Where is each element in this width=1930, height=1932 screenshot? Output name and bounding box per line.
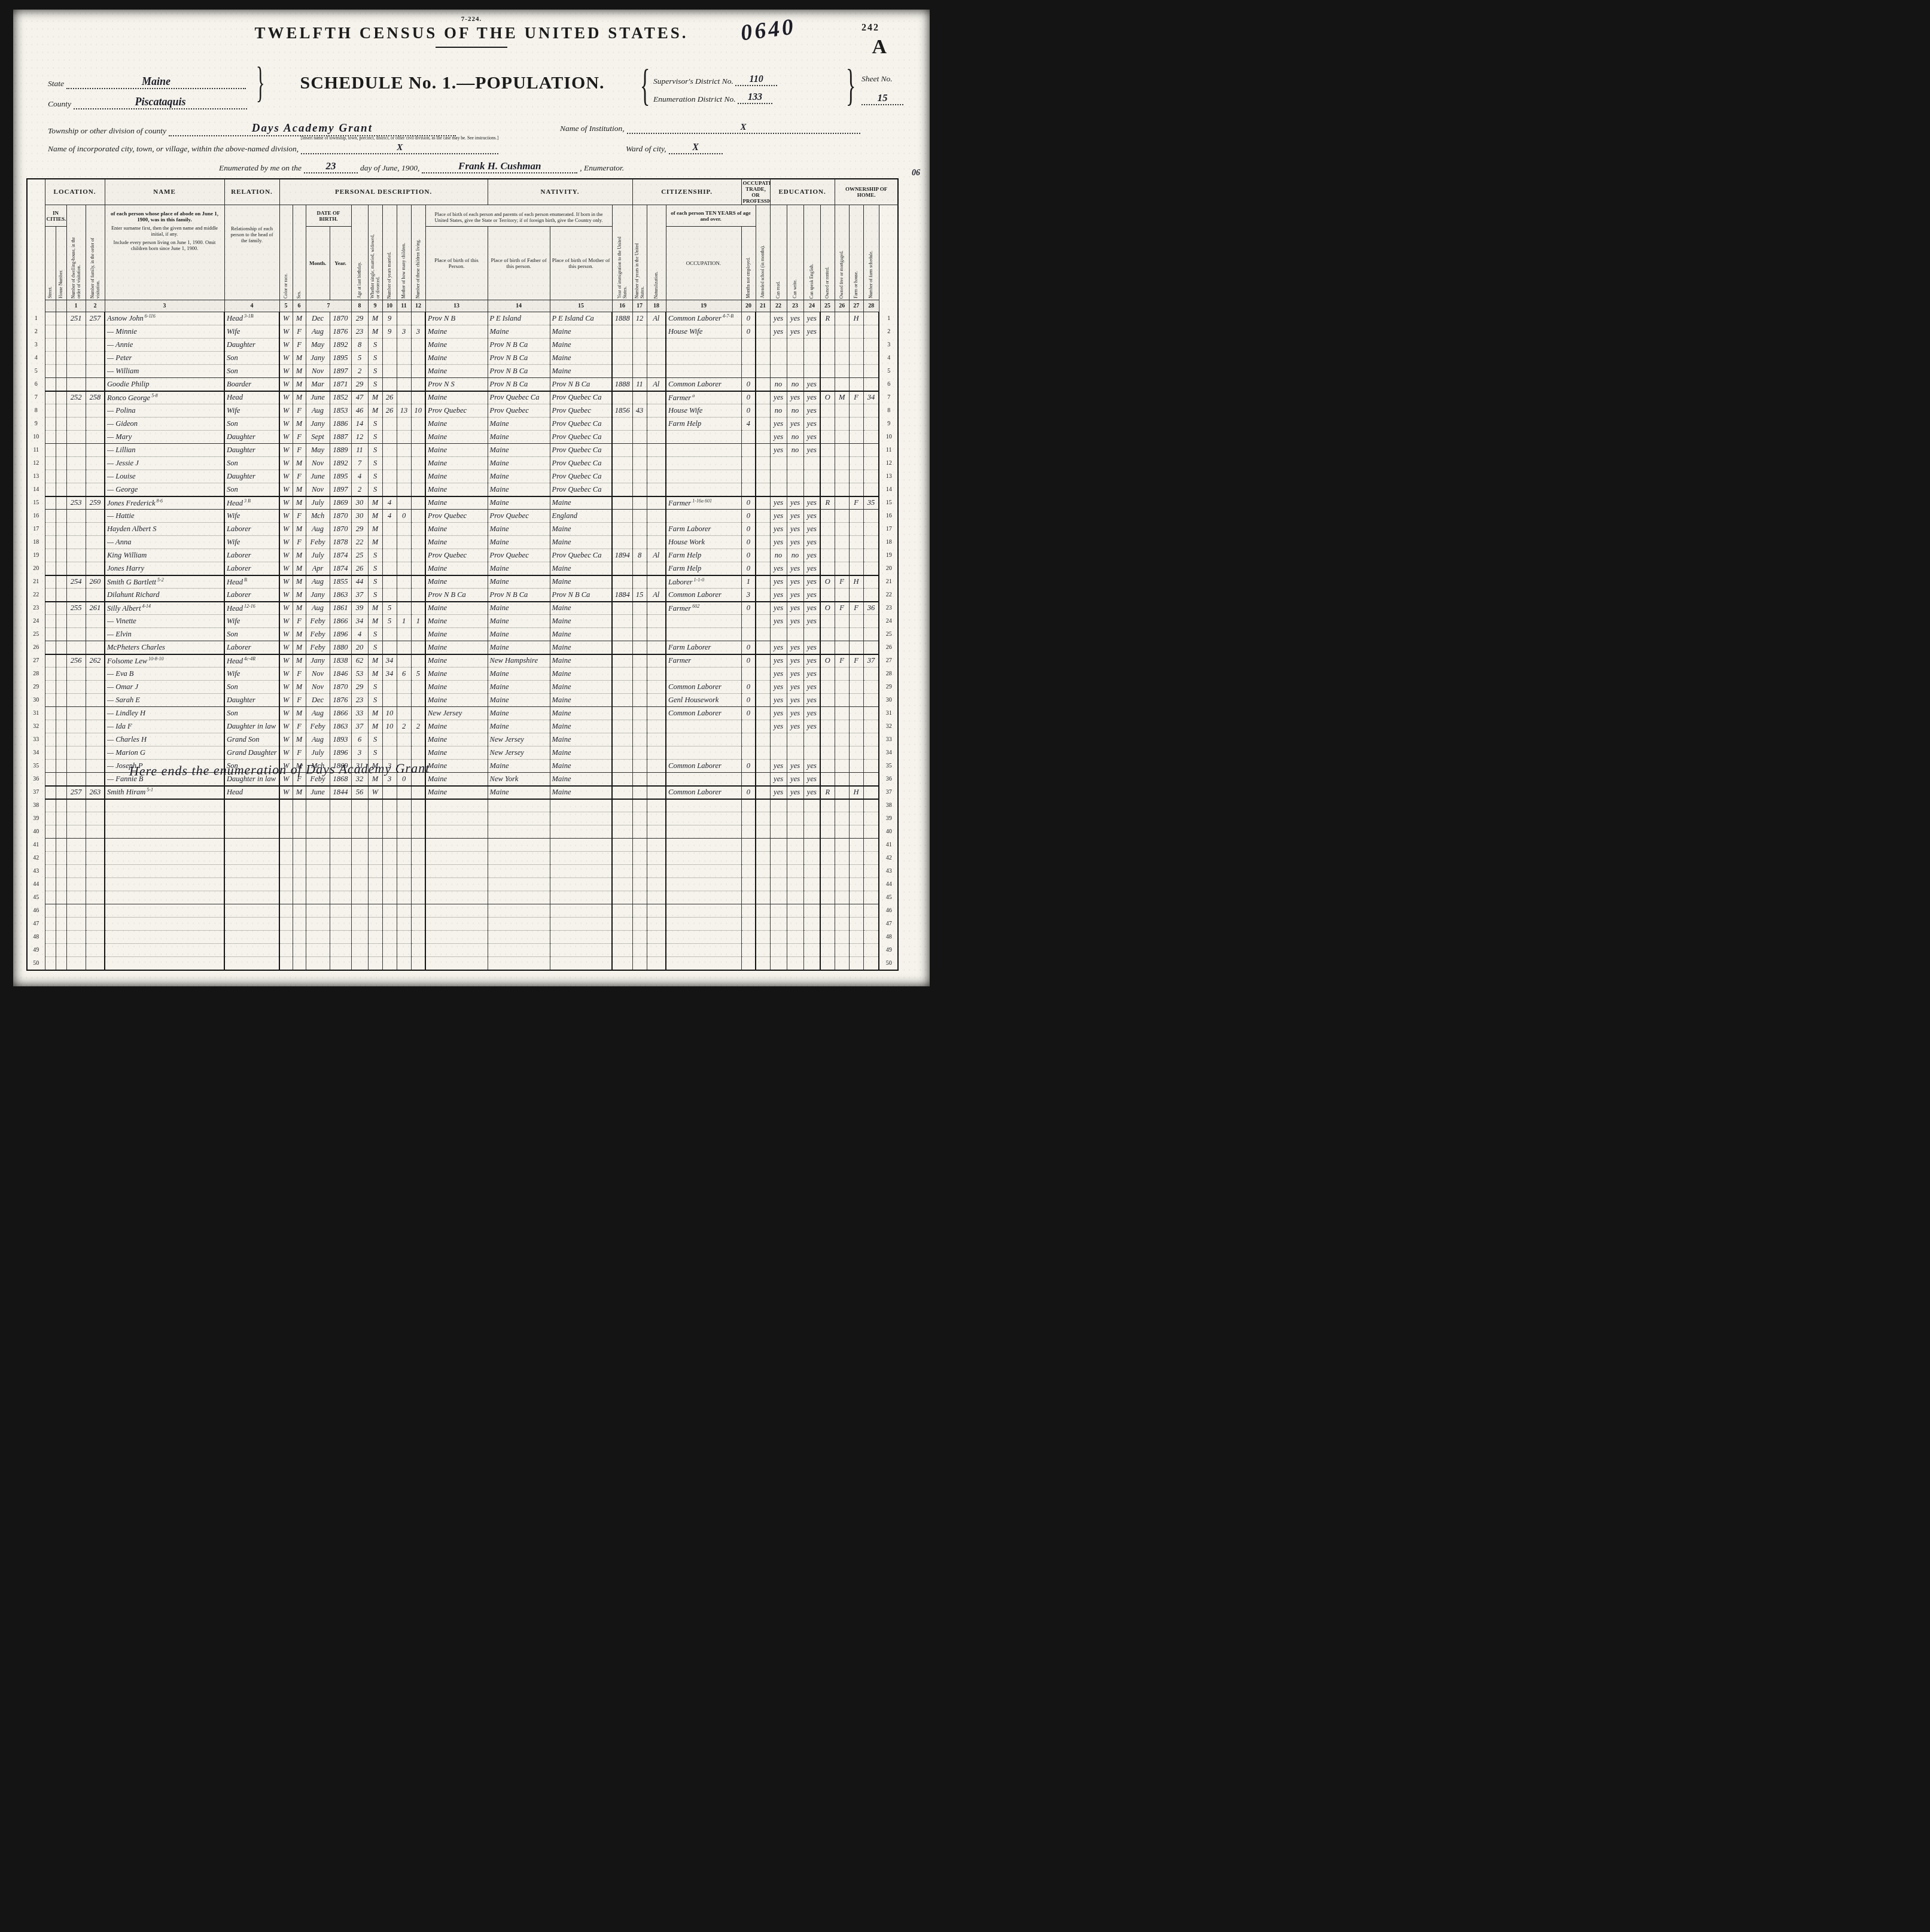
months-not-employed: 0	[741, 536, 756, 549]
row-number: 25	[27, 628, 45, 641]
months-not-employed	[741, 457, 756, 470]
occupation: Common Laborer	[666, 589, 741, 602]
months-not-employed: 0	[741, 562, 756, 575]
row-number-right: 37	[879, 786, 898, 799]
owned-free-mortgaged	[835, 431, 849, 444]
mother-of-children	[397, 786, 411, 799]
farm-schedule-number	[863, 931, 879, 944]
enumerator-signature: Frank H. Cushman	[458, 160, 541, 172]
can-speak-english: yes	[803, 615, 820, 628]
birthplace-mother: Prov Quebec Ca	[550, 457, 612, 470]
dwelling-number	[66, 549, 86, 562]
birth-month	[306, 839, 330, 852]
street	[45, 536, 56, 549]
attended-school	[756, 378, 770, 391]
can-speak-english: yes	[803, 641, 820, 654]
immigration-year: 1856	[612, 404, 632, 418]
mother-of-children: 1	[397, 615, 411, 628]
children-living	[411, 891, 425, 904]
house-number	[56, 825, 66, 839]
years-married	[382, 733, 397, 746]
can-speak-english: yes	[803, 786, 820, 799]
years-in-us	[632, 825, 647, 839]
can-speak-english	[803, 904, 820, 918]
age: 29	[351, 681, 368, 694]
farm-or-house	[849, 694, 863, 707]
children-living	[411, 786, 425, 799]
dwelling-number	[66, 470, 86, 483]
row-number: 20	[27, 562, 45, 575]
house-number	[56, 904, 66, 918]
marital-status: M	[368, 510, 382, 523]
marital-status	[368, 865, 382, 878]
farm-or-house	[849, 444, 863, 457]
can-speak-english: yes	[803, 496, 820, 510]
header-free-mortgaged: Owned free or mortgaged.	[835, 205, 849, 300]
family-number: 259	[86, 496, 105, 510]
naturalization	[647, 483, 666, 496]
relation: Daughter	[224, 444, 279, 457]
mother-of-children	[397, 654, 411, 668]
years-married	[382, 365, 397, 378]
sex: F	[293, 746, 306, 760]
owned-rented	[820, 931, 835, 944]
mother-of-children	[397, 562, 411, 575]
row-number: 7	[27, 391, 45, 404]
farm-or-house	[849, 839, 863, 852]
occupation	[666, 746, 741, 760]
years-married	[382, 418, 397, 431]
age: 23	[351, 694, 368, 707]
sex: M	[293, 628, 306, 641]
children-living	[411, 825, 425, 839]
owned-rented	[820, 918, 835, 931]
dwelling-number: 257	[66, 786, 86, 799]
dwelling-number	[66, 733, 86, 746]
birthplace-person	[425, 918, 488, 931]
relation: Son	[224, 628, 279, 641]
years-married: 4	[382, 496, 397, 510]
birthplace-person: Maine	[425, 365, 488, 378]
colnum-25: 25	[820, 300, 835, 312]
can-read	[770, 746, 787, 760]
children-living: 2	[411, 720, 425, 733]
owned-free-mortgaged	[835, 589, 849, 602]
years-married	[382, 562, 397, 575]
children-living	[411, 391, 425, 404]
colnum-9: 9	[368, 300, 382, 312]
street	[45, 707, 56, 720]
age: 47	[351, 391, 368, 404]
occupation	[666, 944, 741, 957]
can-write	[787, 904, 803, 918]
relation	[224, 852, 279, 865]
occupation: Farmer 1-16a 601	[666, 496, 741, 510]
row-number-right: 46	[879, 904, 898, 918]
birthplace-person: Maine	[425, 654, 488, 668]
years-married: 9	[382, 325, 397, 339]
table-row: 3— AnnieDaughterWFMay18928SMaineProv N B…	[27, 339, 898, 352]
sheet-label: Sheet No.	[862, 74, 893, 83]
birthplace-mother: Prov N B Ca	[550, 378, 612, 391]
house-number	[56, 891, 66, 904]
years-married	[382, 746, 397, 760]
sex: F	[293, 668, 306, 681]
birth-month: Apr	[306, 562, 330, 575]
occupation	[666, 365, 741, 378]
birth-month: Aug	[306, 325, 330, 339]
owned-rented	[820, 470, 835, 483]
birth-year: 1897	[330, 483, 351, 496]
months-not-employed: 0	[741, 325, 756, 339]
color-race: W	[279, 654, 293, 668]
immigration-year	[612, 483, 632, 496]
months-not-employed: 0	[741, 378, 756, 391]
can-read: yes	[770, 510, 787, 523]
farm-schedule-number	[863, 694, 879, 707]
months-not-employed	[741, 720, 756, 733]
sex: M	[293, 733, 306, 746]
street	[45, 431, 56, 444]
mother-of-children	[397, 589, 411, 602]
header-relation-description: Relationship of each person to the head …	[224, 205, 279, 300]
can-write: yes	[787, 575, 803, 589]
can-read: yes	[770, 589, 787, 602]
marital-status	[368, 918, 382, 931]
naturalization	[647, 470, 666, 483]
immigration-year: 1888	[612, 378, 632, 391]
birth-month: Nov	[306, 668, 330, 681]
relation	[224, 878, 279, 891]
owned-rented	[820, 773, 835, 786]
table-row: 29— Omar JSonWMNov187029SMaineMaineMaine…	[27, 681, 898, 694]
person-name: — Charles H	[105, 733, 224, 746]
dwelling-number: 256	[66, 654, 86, 668]
marital-status: M	[368, 312, 382, 325]
owned-rented	[820, 733, 835, 746]
colnum-3: 3	[105, 300, 224, 312]
relation: Son	[224, 457, 279, 470]
birthplace-mother: Prov Quebec Ca	[550, 418, 612, 431]
birthplace-person	[425, 812, 488, 825]
table-row: 37257263Smith Hiram 5-1HeadWMJune184456W…	[27, 786, 898, 799]
relation: Daughter in law	[224, 720, 279, 733]
dwelling-number	[66, 812, 86, 825]
years-married: 9	[382, 312, 397, 325]
color-race: W	[279, 365, 293, 378]
row-number: 29	[27, 681, 45, 694]
color-race: W	[279, 720, 293, 733]
birth-year: 1892	[330, 457, 351, 470]
row-number: 8	[27, 404, 45, 418]
header-occupation-description: of each person TEN YEARS of age and over…	[666, 205, 756, 227]
farm-or-house	[849, 418, 863, 431]
row-number: 5	[27, 365, 45, 378]
can-read: yes	[770, 668, 787, 681]
birth-year	[330, 918, 351, 931]
immigration-year	[612, 391, 632, 404]
years-married	[382, 628, 397, 641]
can-write: yes	[787, 312, 803, 325]
header-farm-or-house: Farm or house.	[849, 205, 863, 300]
occupation: Farmer a	[666, 391, 741, 404]
months-not-employed: 0	[741, 510, 756, 523]
colnum-20: 20	[741, 300, 756, 312]
family-number	[86, 681, 105, 694]
occupation	[666, 628, 741, 641]
color-race: W	[279, 391, 293, 404]
family-number	[86, 444, 105, 457]
house-number	[56, 391, 66, 404]
birth-year	[330, 944, 351, 957]
age: 29	[351, 523, 368, 536]
house-number	[56, 615, 66, 628]
family-number	[86, 707, 105, 720]
farm-schedule-number	[863, 773, 879, 786]
owned-rented	[820, 681, 835, 694]
attended-school	[756, 931, 770, 944]
naturalization	[647, 404, 666, 418]
family-number	[86, 457, 105, 470]
marital-status: M	[368, 720, 382, 733]
owned-free-mortgaged	[835, 760, 849, 773]
naturalization	[647, 944, 666, 957]
house-number	[56, 562, 66, 575]
can-write: no	[787, 431, 803, 444]
farm-schedule-number	[863, 839, 879, 852]
birth-year	[330, 957, 351, 970]
state-label: State	[48, 79, 64, 88]
farm-or-house	[849, 733, 863, 746]
person-name: — Polina	[105, 404, 224, 418]
dwelling-number	[66, 918, 86, 931]
sex	[293, 944, 306, 957]
group-header-citizenship: CITIZENSHIP.	[632, 179, 741, 205]
person-name: Smith G Bartlett 5-2	[105, 575, 224, 589]
farm-or-house: F	[849, 496, 863, 510]
house-number	[56, 470, 66, 483]
mother-of-children	[397, 733, 411, 746]
owned-free-mortgaged	[835, 786, 849, 799]
naturalization	[647, 865, 666, 878]
birth-year: 1886	[330, 418, 351, 431]
row-number-right: 5	[879, 365, 898, 378]
person-name: — William	[105, 365, 224, 378]
farm-schedule-number	[863, 404, 879, 418]
birthplace-person: Prov N S	[425, 378, 488, 391]
owned-free-mortgaged	[835, 746, 849, 760]
immigration-year	[612, 431, 632, 444]
row-number-right: 4	[879, 352, 898, 365]
age: 34	[351, 615, 368, 628]
family-number	[86, 825, 105, 839]
can-read	[770, 812, 787, 825]
row-number-right: 1	[879, 312, 898, 325]
family-number	[86, 404, 105, 418]
person-name: Dilahunt Richard	[105, 589, 224, 602]
age: 62	[351, 654, 368, 668]
row-number: 17	[27, 523, 45, 536]
months-not-employed: 0	[741, 602, 756, 615]
street	[45, 812, 56, 825]
can-read: yes	[770, 641, 787, 654]
mother-of-children	[397, 378, 411, 391]
birthplace-person: Maine	[425, 483, 488, 496]
birthplace-father	[488, 931, 550, 944]
years-married	[382, 891, 397, 904]
attended-school	[756, 496, 770, 510]
color-race: W	[279, 746, 293, 760]
can-speak-english: yes	[803, 549, 820, 562]
age: 30	[351, 510, 368, 523]
birth-month: Aug	[306, 602, 330, 615]
attended-school	[756, 615, 770, 628]
age: 2	[351, 365, 368, 378]
immigration-year	[612, 418, 632, 431]
header-years-married: Number of years married.	[382, 205, 397, 300]
birthplace-mother	[550, 865, 612, 878]
farm-schedule-number	[863, 904, 879, 918]
years-married	[382, 957, 397, 970]
farm-schedule-number	[863, 746, 879, 760]
row-number: 49	[27, 944, 45, 957]
mother-of-children	[397, 918, 411, 931]
can-write: yes	[787, 654, 803, 668]
row-number-right: 29	[879, 681, 898, 694]
color-race: W	[279, 549, 293, 562]
attended-school	[756, 510, 770, 523]
years-in-us	[632, 931, 647, 944]
family-number: 261	[86, 602, 105, 615]
colnum-23: 23	[787, 300, 803, 312]
birthplace-mother	[550, 852, 612, 865]
sex: M	[293, 654, 306, 668]
house-number	[56, 418, 66, 431]
can-write: yes	[787, 786, 803, 799]
dwelling-number	[66, 891, 86, 904]
naturalization	[647, 891, 666, 904]
attended-school	[756, 786, 770, 799]
birthplace-father: Maine	[488, 786, 550, 799]
house-number	[56, 707, 66, 720]
children-living	[411, 365, 425, 378]
street	[45, 615, 56, 628]
color-race	[279, 904, 293, 918]
birth-month: Aug	[306, 404, 330, 418]
years-married	[382, 444, 397, 457]
table-row: 15253259Jones Frederick 8-6Head 3 BWMJul…	[27, 496, 898, 510]
occupation	[666, 931, 741, 944]
owned-free-mortgaged	[835, 891, 849, 904]
birthplace-person: Maine	[425, 523, 488, 536]
attended-school	[756, 391, 770, 404]
row-number: 40	[27, 825, 45, 839]
naturalization	[647, 720, 666, 733]
farm-schedule-number	[863, 589, 879, 602]
header-age: Age at last birthday.	[351, 205, 368, 300]
immigration-year: 1888	[612, 312, 632, 325]
person-name: King William	[105, 549, 224, 562]
can-read: no	[770, 549, 787, 562]
township-line: Township or other division of county Day…	[48, 122, 456, 136]
relation: Wife	[224, 536, 279, 549]
house-number	[56, 694, 66, 707]
marital-status: S	[368, 628, 382, 641]
family-number	[86, 944, 105, 957]
marital-status: S	[368, 681, 382, 694]
children-living	[411, 654, 425, 668]
relation: Wife	[224, 615, 279, 628]
schedule-title: SCHEDULE No. 1.—POPULATION.	[273, 73, 632, 93]
relation: Laborer	[224, 562, 279, 575]
owned-rented	[820, 615, 835, 628]
color-race	[279, 799, 293, 812]
children-living	[411, 733, 425, 746]
page-letter: A	[872, 36, 887, 59]
person-name: — Vinette	[105, 615, 224, 628]
owned-free-mortgaged	[835, 839, 849, 852]
sex: F	[293, 536, 306, 549]
occupation	[666, 773, 741, 786]
age	[351, 931, 368, 944]
farm-schedule-number	[863, 312, 879, 325]
table-row: 8— PolinaWifeWFAug185346M261310Prov Queb…	[27, 404, 898, 418]
relation	[224, 904, 279, 918]
row-number-right: 38	[879, 799, 898, 812]
farm-or-house	[849, 707, 863, 720]
table-row: 4343	[27, 865, 898, 878]
sex	[293, 957, 306, 970]
owned-free-mortgaged	[835, 957, 849, 970]
occupation	[666, 444, 741, 457]
birthplace-mother: Maine	[550, 733, 612, 746]
person-name: — Minnie	[105, 325, 224, 339]
farm-or-house	[849, 746, 863, 760]
owned-rented	[820, 865, 835, 878]
family-number	[86, 615, 105, 628]
row-number-right: 43	[879, 865, 898, 878]
family-number	[86, 904, 105, 918]
house-number	[56, 444, 66, 457]
owned-rented	[820, 852, 835, 865]
sex	[293, 812, 306, 825]
farm-schedule-number: 36	[863, 602, 879, 615]
age: 37	[351, 720, 368, 733]
can-read	[770, 878, 787, 891]
birth-month: July	[306, 549, 330, 562]
row-number-right: 34	[879, 746, 898, 760]
dwelling-number	[66, 904, 86, 918]
owned-free-mortgaged	[835, 562, 849, 575]
owned-rented	[820, 523, 835, 536]
birthplace-mother: Prov N B Ca	[550, 589, 612, 602]
years-in-us	[632, 470, 647, 483]
years-in-us	[632, 852, 647, 865]
street	[45, 483, 56, 496]
owned-free-mortgaged	[835, 865, 849, 878]
row-number-right: 40	[879, 825, 898, 839]
city-line: Name of incorporated city, town, or vill…	[48, 142, 498, 154]
birth-month	[306, 878, 330, 891]
attended-school	[756, 602, 770, 615]
children-living	[411, 444, 425, 457]
attended-school	[756, 549, 770, 562]
row-number: 42	[27, 852, 45, 865]
can-write	[787, 746, 803, 760]
birthplace-father: Maine	[488, 536, 550, 549]
years-in-us: 15	[632, 589, 647, 602]
row-number: 9	[27, 418, 45, 431]
